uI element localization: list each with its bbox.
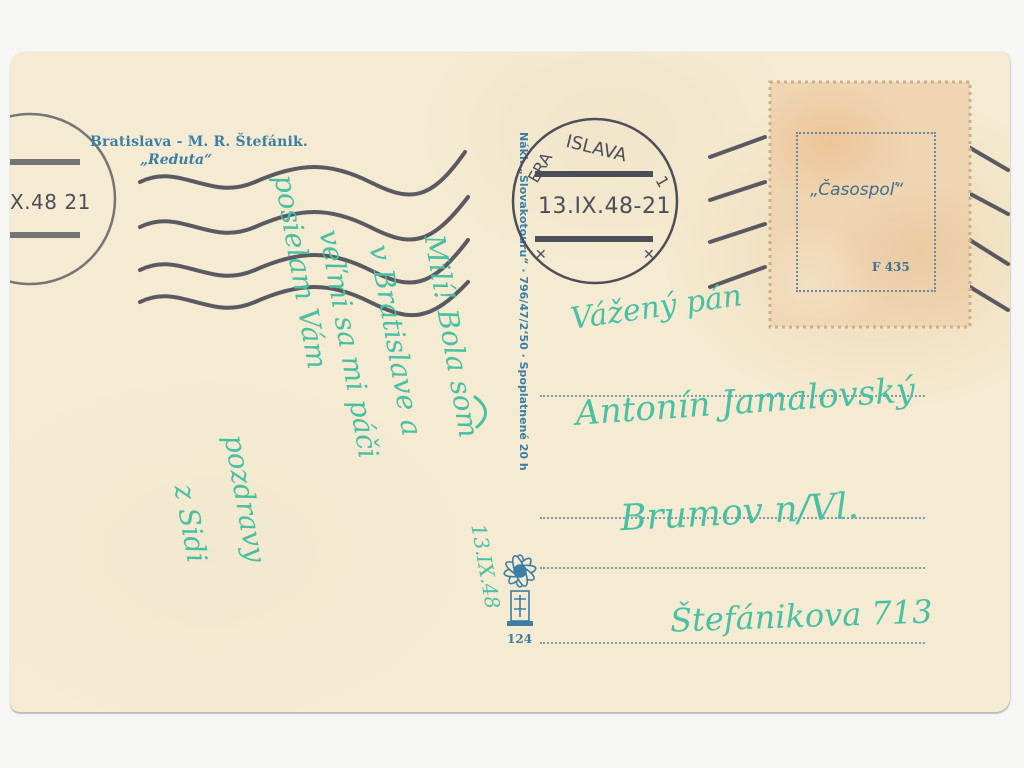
- ink-bracket: [465, 392, 505, 432]
- svg-text:✕: ✕: [643, 247, 655, 263]
- message-line: z Sidi: [168, 482, 214, 565]
- svg-text:ISLAVA: ISLAVA: [564, 131, 630, 166]
- stamp-code: F 435: [872, 260, 910, 274]
- svg-text:✕: ✕: [535, 247, 547, 263]
- stamp-frame: [796, 132, 936, 292]
- address-line-3: [540, 567, 925, 569]
- postage-stamp: „Časospoľ“ F 435: [770, 82, 970, 327]
- publisher-number: 124: [507, 632, 532, 646]
- edelweiss-flower-icon: [490, 547, 550, 632]
- svg-text:1: 1: [652, 173, 674, 191]
- postcard: X.48 21 Bratislava - M. R. Štefánik. „Re…: [10, 52, 1010, 712]
- address-line-4: [540, 642, 925, 644]
- handwritten-message: Milí! Bola som v Bratislave a veľmi sa m…: [10, 52, 510, 712]
- postmark-date: 13.IX.48-21: [538, 194, 671, 219]
- stamp-logo: „Časospoľ“: [810, 180, 903, 200]
- message-line: pozdravy: [218, 432, 273, 565]
